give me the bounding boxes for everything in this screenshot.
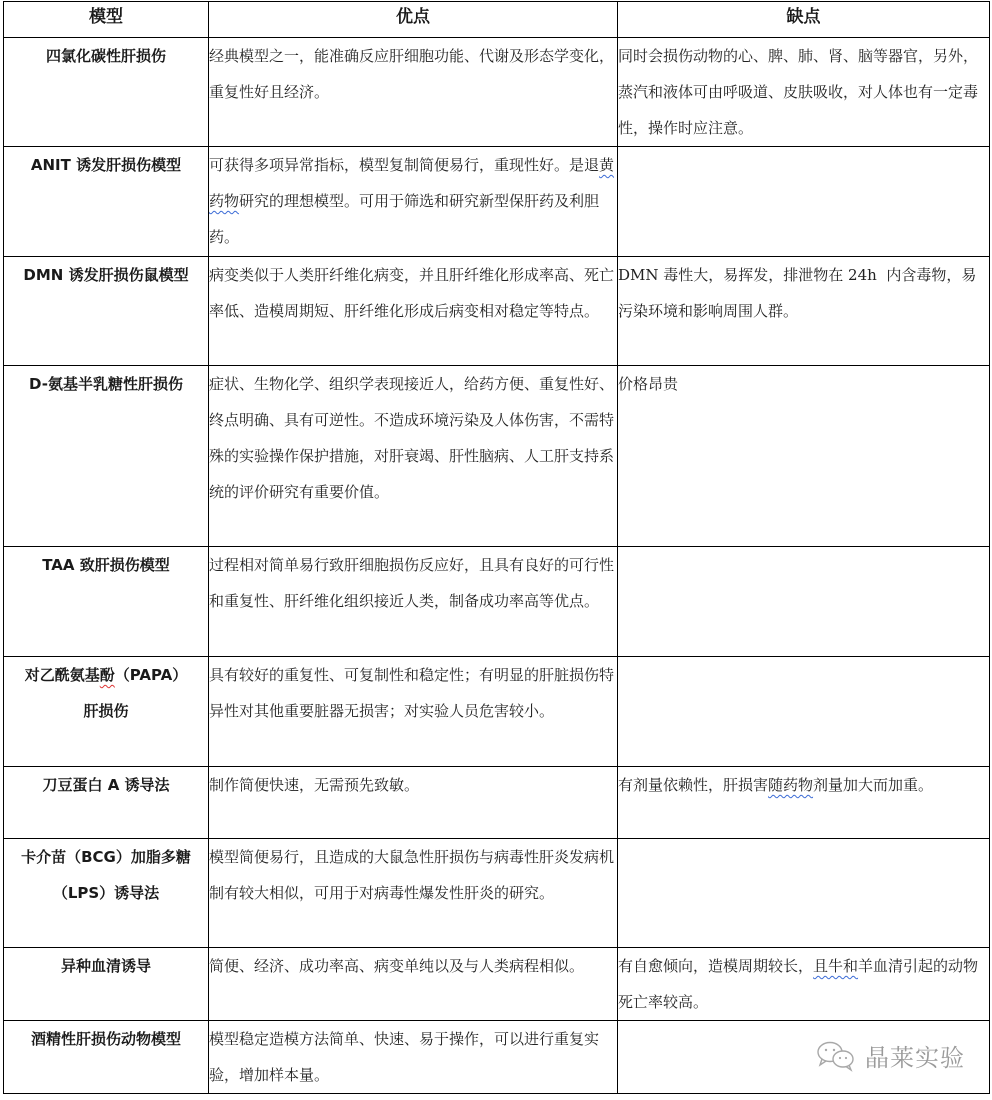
- liver-injury-model-table: 模型 优点 缺点 四氯化碳性肝损伤 经典模型之一，能准确反应肝细胞功能、代谢及形…: [3, 1, 990, 1094]
- model-cons: 同时会损伤动物的心、脾、肺、肾、脑等器官，另外，蒸汽和液体可由呼吸道、皮肤吸收，…: [618, 38, 990, 147]
- cons-text: 有自愈倾向，造模周期较长，: [618, 957, 813, 975]
- model-pros: 制作简便快速，无需预先致敏。: [209, 767, 618, 839]
- model-cons: [618, 839, 990, 948]
- model-pros: 病变类似于人类肝纤维化病变，并且肝纤维化形成率高、死亡率低、造模周期短、肝纤维化…: [209, 257, 618, 366]
- watermark: 晶莱实验: [815, 1038, 965, 1073]
- model-pros: 症状、生物化学、组织学表现接近人，给药方便、重复性好、终点明确、具有可逆性。不造…: [209, 366, 618, 547]
- header-pros: 优点: [209, 2, 618, 38]
- table-row: 卡介苗（BCG）加脂多糖（LPS）诱导法 模型简便易行，且造成的大鼠急性肝损伤与…: [4, 839, 990, 948]
- table-row: 对乙酰氨基酚（PAPA）肝损伤 具有较好的重复性、可复制性和稳定性；有明显的肝脏…: [4, 657, 990, 767]
- table-row: 四氯化碳性肝损伤 经典模型之一，能准确反应肝细胞功能、代谢及形态学变化，重复性好…: [4, 38, 990, 147]
- spellcheck-marked-text: 随药物: [768, 776, 813, 794]
- model-cons: 有自愈倾向，造模周期较长，且牛和羊血清引起的动物死亡率较高。: [618, 948, 990, 1021]
- header-model: 模型: [4, 2, 209, 38]
- pros-text: 研究的理想模型。可用于筛选和研究新型保肝药及利胆药。: [209, 192, 599, 246]
- wechat-icon: [815, 1040, 857, 1072]
- header-cons: 缺点: [618, 2, 990, 38]
- model-pros: 模型简便易行，且造成的大鼠急性肝损伤与病毒性肝炎发病机制有较大相似，可用于对病毒…: [209, 839, 618, 948]
- cons-text: 有剂量依赖性，肝损害: [618, 776, 768, 794]
- table-row: TAA 致肝损伤模型 过程相对简单易行致肝细胞损伤反应好，且具有良好的可行性和重…: [4, 547, 990, 657]
- model-pros: 简便、经济、成功率高、病变单纯以及与人类病程相似。: [209, 948, 618, 1021]
- model-name: ANIT 诱发肝损伤模型: [4, 147, 209, 257]
- model-pros: 经典模型之一，能准确反应肝细胞功能、代谢及形态学变化，重复性好且经济。: [209, 38, 618, 147]
- model-cons: DMN 毒性大，易挥发，排泄物在 24h 内含毒物，易污染环境和影响周围人群。: [618, 257, 990, 366]
- model-cons: 有剂量依赖性，肝损害随药物剂量加大而加重。: [618, 767, 990, 839]
- model-cons: [618, 547, 990, 657]
- model-pros: 具有较好的重复性、可复制性和稳定性；有明显的肝脏损伤特异性对其他重要脏器无损害；…: [209, 657, 618, 767]
- spellcheck-marked-text: 且牛和: [813, 957, 858, 975]
- table-row: D-氨基半乳糖性肝损伤 症状、生物化学、组织学表现接近人，给药方便、重复性好、终…: [4, 366, 990, 547]
- model-pros: 可获得多项异常指标，模型复制简便易行，重现性好。是退黄药物研究的理想模型。可用于…: [209, 147, 618, 257]
- model-name: D-氨基半乳糖性肝损伤: [4, 366, 209, 547]
- model-pros: 模型稳定造模方法简单、快速、易于操作，可以进行重复实验，增加样本量。: [209, 1021, 618, 1094]
- model-name: 四氯化碳性肝损伤: [4, 38, 209, 147]
- model-cons: [618, 657, 990, 767]
- header-row: 模型 优点 缺点: [4, 2, 990, 38]
- table-row: 刀豆蛋白 A 诱导法 制作简便快速，无需预先致敏。 有剂量依赖性，肝损害随药物剂…: [4, 767, 990, 839]
- name-text: 对乙酰氨基: [25, 666, 100, 684]
- model-name: 对乙酰氨基酚（PAPA）肝损伤: [4, 657, 209, 767]
- model-name: 刀豆蛋白 A 诱导法: [4, 767, 209, 839]
- watermark-text: 晶莱实验: [865, 1038, 965, 1073]
- model-name: 酒精性肝损伤动物模型: [4, 1021, 209, 1094]
- table-row: 异种血清诱导 简便、经济、成功率高、病变单纯以及与人类病程相似。 有自愈倾向，造…: [4, 948, 990, 1021]
- model-name: TAA 致肝损伤模型: [4, 547, 209, 657]
- model-name: 异种血清诱导: [4, 948, 209, 1021]
- table-row: DMN 诱发肝损伤鼠模型 病变类似于人类肝纤维化病变，并且肝纤维化形成率高、死亡…: [4, 257, 990, 366]
- model-name: 卡介苗（BCG）加脂多糖（LPS）诱导法: [4, 839, 209, 948]
- cons-text: 剂量加大而加重。: [813, 776, 933, 794]
- model-pros: 过程相对简单易行致肝细胞损伤反应好，且具有良好的可行性和重复性、肝纤维化组织接近…: [209, 547, 618, 657]
- table-row: ANIT 诱发肝损伤模型 可获得多项异常指标，模型复制简便易行，重现性好。是退黄…: [4, 147, 990, 257]
- model-cons: 价格昂贵: [618, 366, 990, 547]
- model-name: DMN 诱发肝损伤鼠模型: [4, 257, 209, 366]
- model-cons: [618, 147, 990, 257]
- spellcheck-marked-text: 酚: [100, 666, 115, 684]
- pros-text: 可获得多项异常指标，模型复制简便易行，重现性好。是退: [209, 156, 599, 174]
